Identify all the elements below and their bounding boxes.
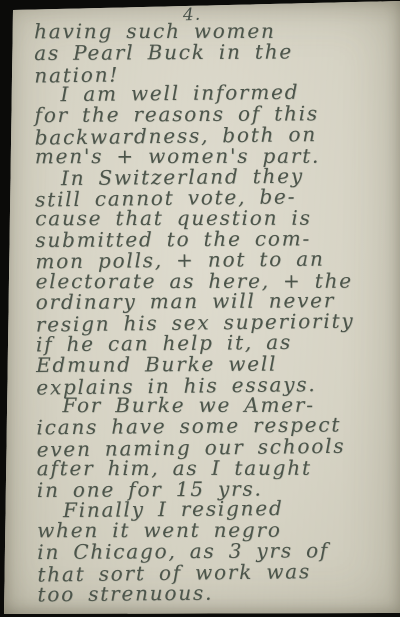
handwritten-line: too strenuous.: [37, 580, 397, 604]
handwritten-line: I am well informed: [34, 81, 394, 105]
handwritten-line: electorate as here, + the: [36, 270, 396, 291]
handwritten-line: as Pearl Buck in the: [34, 41, 394, 64]
photo-frame: 4. having such womenas Pearl Buck in the…: [0, 0, 400, 617]
handwritten-line: when it went negro: [37, 520, 397, 541]
letter-lines: having such womenas Pearl Buck in thenat…: [34, 20, 398, 605]
handwritten-line: men's + women's part.: [35, 145, 395, 166]
handwritten-line: cause that question is: [35, 208, 395, 229]
letter-page: 4. having such womenas Pearl Buck in the…: [0, 0, 400, 617]
handwritten-line: having such women: [34, 21, 394, 42]
handwritten-line: after him, as I taught: [37, 457, 397, 478]
handwritten-line: if he can help it, as: [36, 331, 396, 355]
handwritten-line: in Chicago, as 3 yrs of: [37, 540, 397, 563]
handwritten-line: Edmund Burke well: [36, 353, 396, 376]
